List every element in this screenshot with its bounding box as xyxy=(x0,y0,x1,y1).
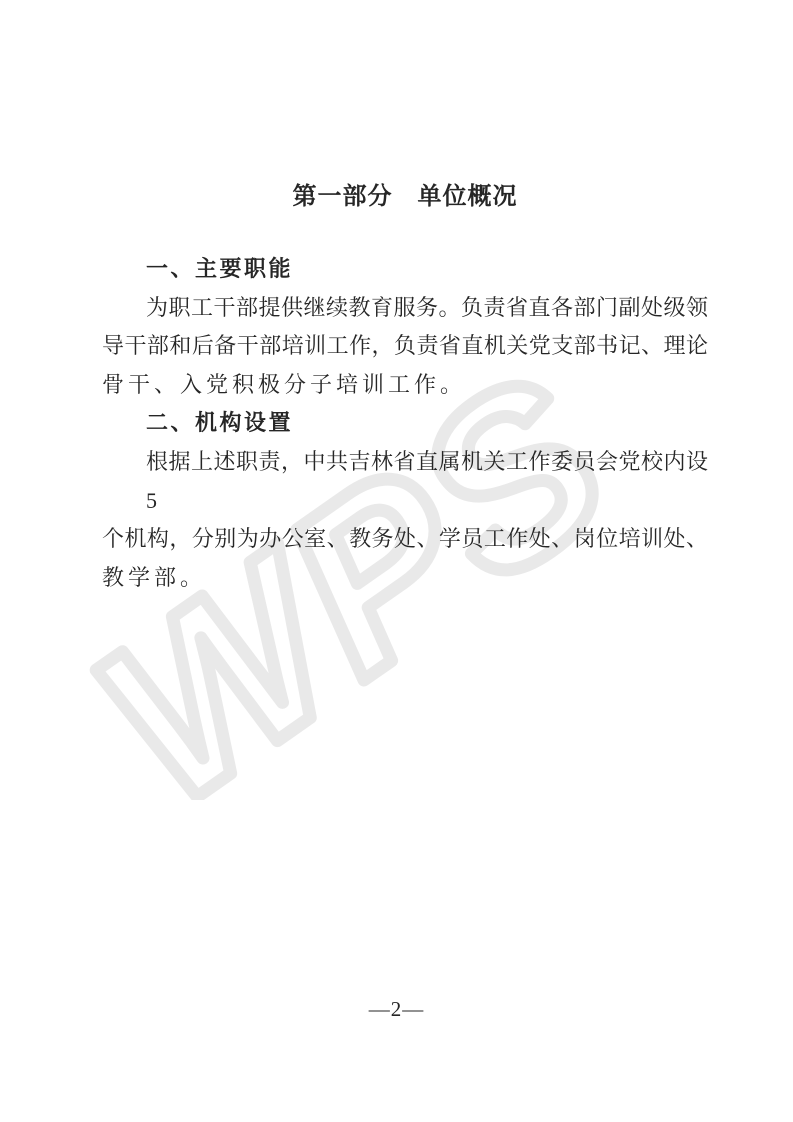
text-line: 为职工干部提供继续教育服务。负责省直各部门副处级领 xyxy=(102,289,708,328)
text-line: 根据上述职责，中共吉林省直属机关工作委员会党校内设 5 xyxy=(102,443,708,520)
text-line: 骨干、入党积极分子培训工作。 xyxy=(102,366,708,405)
page-number: —2— xyxy=(0,997,793,1022)
section-heading-2: 二、机构设置 xyxy=(102,404,708,443)
document-body: 一、主要职能 为职工干部提供继续教育服务。负责省直各部门副处级领 导干部和后备干… xyxy=(102,250,708,597)
section-heading-1: 一、主要职能 xyxy=(102,250,708,289)
text-line: 教学部。 xyxy=(102,559,708,598)
document-page: WPS 第一部分 单位概况 一、主要职能 为职工干部提供继续教育服务。负责省直各… xyxy=(0,0,793,1122)
text-line: 导干部和后备干部培训工作，负责省直机关党支部书记、理论 xyxy=(102,327,708,366)
text-line: 个机构，分别为办公室、教务处、学员工作处、岗位培训处、 xyxy=(102,520,708,559)
page-title: 第一部分 单位概况 xyxy=(102,176,708,211)
